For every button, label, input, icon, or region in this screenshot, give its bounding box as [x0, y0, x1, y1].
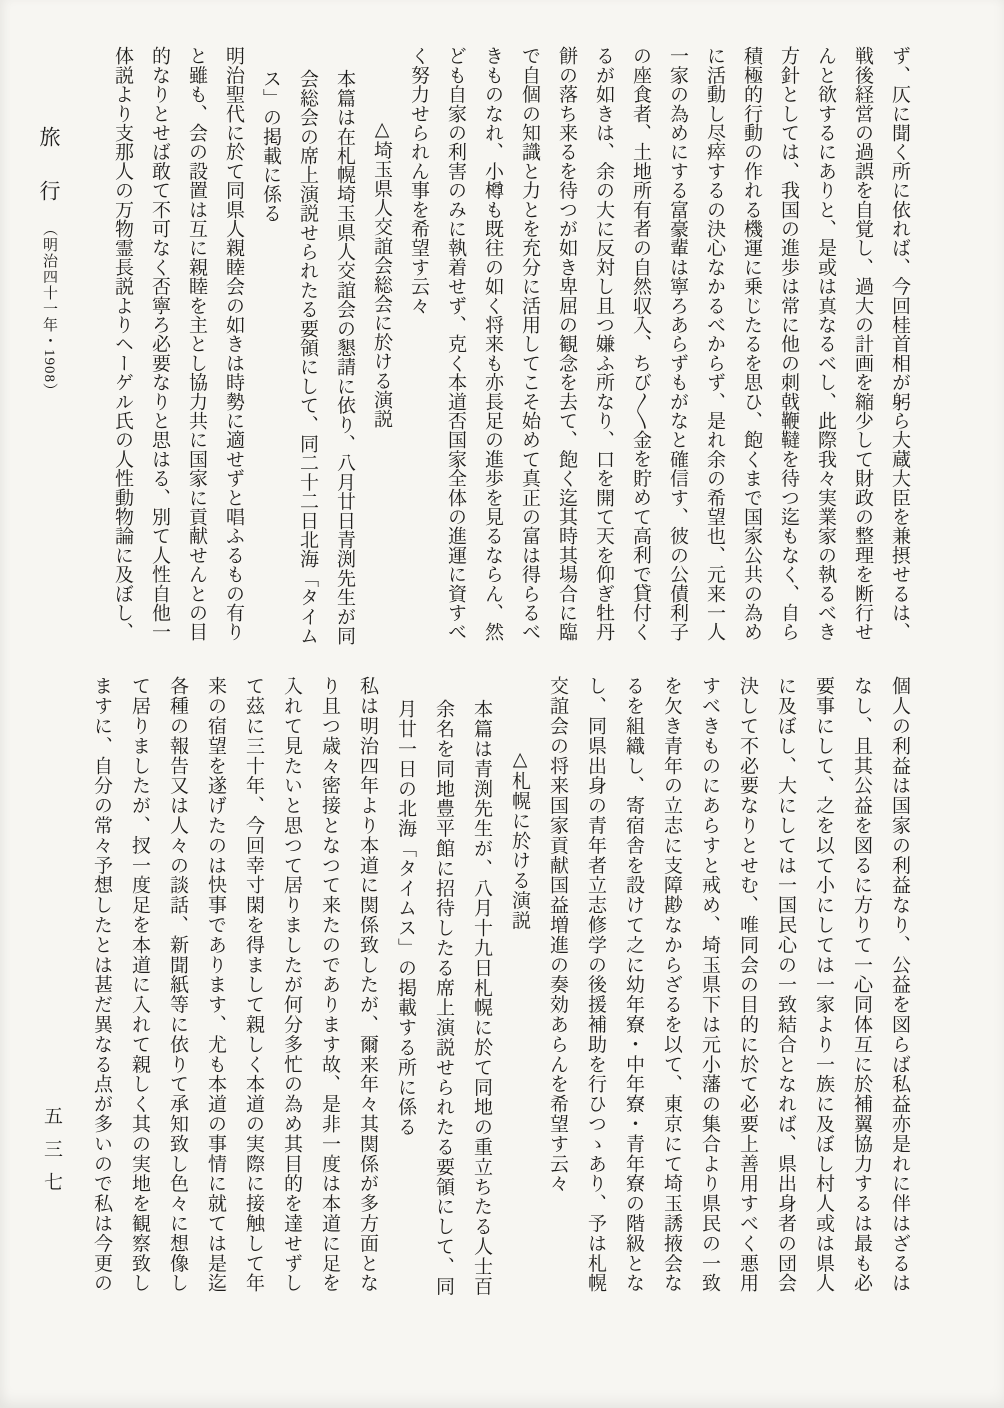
book-page: 旅 行 （明治四十一年・1908） ず、仄に聞く所に依れば、今回桂首相が躬ら大蔵…: [0, 0, 1004, 1408]
editorial-note-sapporo-speech: 本篇は青渕先生が、八月十九日札幌に於て同地の重立ちたる人士百 余名を同地豊平館に…: [386, 676, 500, 1304]
speech-continuation-paragraph: ず、仄に聞く所に依れば、今回桂首相が躬ら大蔵大臣を兼摂せるは、 戦後経営の過誤を…: [400, 46, 918, 664]
bottom-text-band: 個人の利益は国家の利益なり、公益を図らば私益亦是れに伴はざるは なし、且其公益を…: [82, 676, 918, 1304]
section-heading-sapporo-speech: △札幌に於ける演説: [500, 676, 538, 1304]
saitama-speech-closing-paragraph: 個人の利益は国家の利益なり、公益を図らば私益亦是れに伴はざるは なし、且其公益を…: [538, 676, 918, 1304]
saitama-speech-paragraph: 明治聖代に於て同県人親睦会の如きは時勢に適せずと唱ふるもの有り と雖も、会の設置…: [104, 46, 252, 664]
sapporo-speech-paragraph: 私は明治四年より本道に関係致したが、爾来年々其関係が多方面とな り且つ歳々密接と…: [82, 676, 386, 1304]
editorial-note-saitama-speech: 本篇は在札幌埼玉県人交誼会の懇請に依り、八月廿日青渕先生が同 会総会の席上演説せ…: [252, 46, 363, 664]
book-title: 旅 行: [37, 126, 61, 207]
book-year-note: （明治四十一年・1908）: [41, 221, 57, 399]
page-number: 五三七: [38, 1106, 65, 1205]
top-text-band: ず、仄に聞く所に依れば、今回桂首相が躬ら大蔵大臣を兼摂せるは、 戦後経営の過誤を…: [104, 46, 918, 664]
section-heading-saitama-speech: △埼玉県人交誼会総会に於ける演説: [363, 46, 400, 664]
running-head: 旅 行 （明治四十一年・1908）: [34, 126, 64, 399]
